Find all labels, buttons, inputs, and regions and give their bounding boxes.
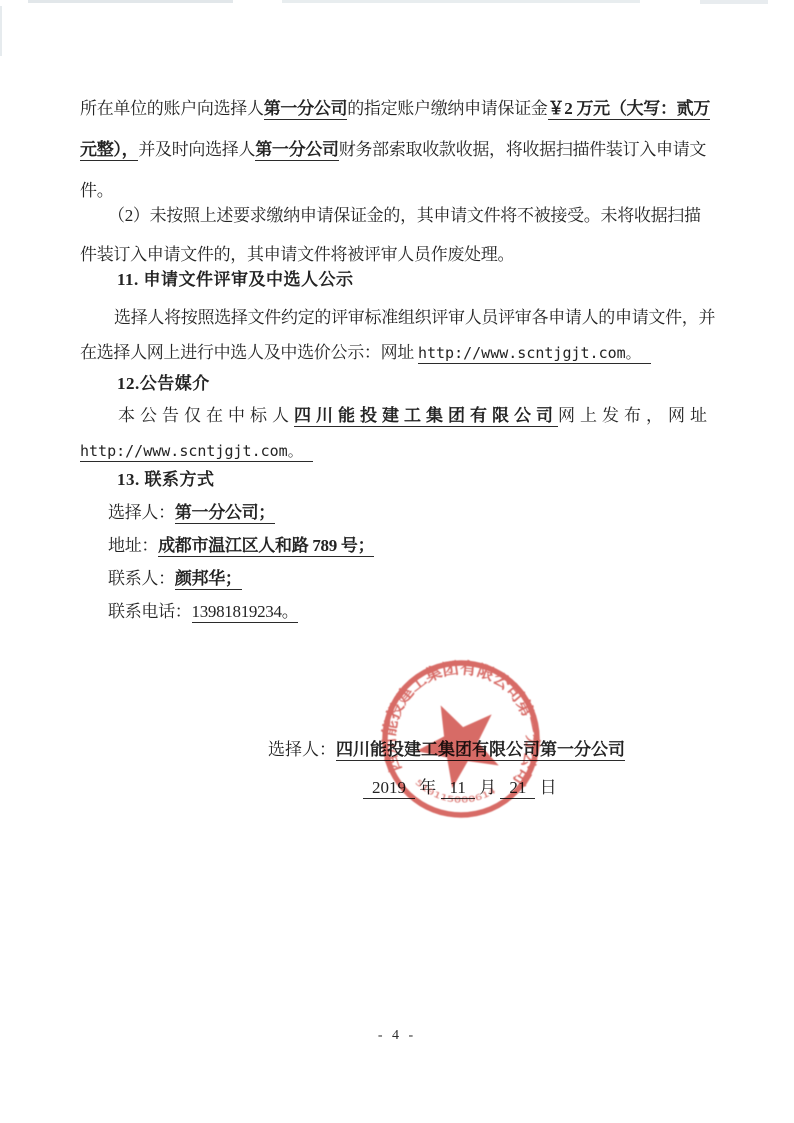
scan-artifact [282, 0, 640, 3]
scan-artifact [700, 0, 768, 4]
section-12-text: 本公告仅在中标人 [118, 406, 294, 425]
seal-ring-text: 四川能投建工集团有限公司第一分公司 [372, 644, 556, 800]
company-short-underlined: 第一分公司 [255, 140, 339, 161]
contact-row-phone: 联系电话：13981819234。 [108, 595, 744, 628]
section-11-text: 在选择人网上进行中选人及中选价公示：网址 [80, 343, 418, 362]
reject-text: （2）未按照上述要求缴纳申请保证金的，其申请文件将不被接受。未将收据扫描 [108, 206, 701, 225]
signature-label: 选择人： [268, 740, 336, 759]
contact-label: 选择人： [108, 503, 175, 522]
scan-artifact [0, 6, 2, 56]
document-page: 所在单位的账户向选择人第一分公司的指定账户缴纳申请保证金￥2 万元（大写：贰万 … [0, 0, 794, 1123]
deposit-text: 并及时向选择人 [138, 140, 255, 159]
section-12-text: 网上发布，网址 [558, 406, 712, 425]
deposit-text: 财务部索取收款收据，将收据扫描件装订入申请文 [339, 140, 706, 159]
section-11-paragraph: 选择人将按照选择文件约定的评审标准组织评审人员评审各申请人的申请文件，并 在选择… [80, 300, 716, 371]
scan-artifact [28, 0, 233, 3]
contact-row-selector: 选择人：第一分公司； [108, 496, 744, 529]
section-12-heading: 12.公告媒介 [80, 373, 753, 395]
contact-value-underlined: 颜邦华； [175, 569, 242, 590]
announcement-url: http://www.scntjgjt.com。 [80, 442, 313, 462]
company-short-underlined: 第一分公司 [264, 99, 348, 120]
svg-text:四川能投建工集团有限公司第一分公司: 四川能投建工集团有限公司第一分公司 [372, 644, 556, 800]
section-11-text: 选择人将按照选择文件约定的评审标准组织评审人员评审各申请人的申请文件，并 [114, 308, 715, 327]
contact-row-person: 联系人：颜邦华； [108, 562, 744, 595]
contact-row-address: 地址：成都市温江区人和路 789 号； [108, 529, 744, 562]
paragraph-deposit: 所在单位的账户向选择人第一分公司的指定账户缴纳申请保证金￥2 万元（大写：贰万 … [80, 88, 716, 211]
paragraph-reject: （2）未按照上述要求缴纳申请保证金的，其申请文件将不被接受。未将收据扫描 件装订… [80, 196, 716, 274]
publicity-url: http://www.scntjgjt.com。 [418, 344, 651, 364]
winner-company-underlined: 四川能投建工集团有限公司 [294, 406, 558, 427]
contact-label: 地址： [108, 536, 158, 555]
section-13-heading: 13. 联系方式 [80, 469, 753, 491]
seal-star-icon [411, 703, 507, 796]
contact-label: 联系电话： [108, 602, 192, 621]
contact-list: 选择人：第一分公司； 地址：成都市温江区人和路 789 号； 联系人：颜邦华； … [80, 496, 744, 628]
contact-value-underlined: 第一分公司； [175, 503, 275, 524]
deposit-text: 所在单位的账户向选择人 [80, 99, 264, 118]
deposit-amount-underlined: ￥2 万元（大写：贰万 [548, 99, 710, 120]
section-11-heading: 11. 申请文件评审及中选人公示 [80, 269, 753, 291]
contact-label: 联系人： [108, 569, 175, 588]
deposit-amount-underlined: 元整）， [80, 140, 138, 161]
section-12-paragraph: 本公告仅在中标人四川能投建工集团有限公司网上发布，网址 http://www.s… [80, 398, 716, 469]
company-seal: 四川能投建工集团有限公司第一分公司 5101150006148 [359, 637, 563, 841]
contact-value-underlined: 13981819234。 [192, 602, 299, 623]
reject-text: 件装订入申请文件的，其申请文件将被评审人员作废处理。 [80, 245, 514, 264]
contact-value-underlined: 成都市温江区人和路 789 号； [158, 536, 374, 557]
deposit-text: 的指定账户缴纳申请保证金 [347, 99, 547, 118]
page-number: - 4 - [0, 1028, 794, 1044]
